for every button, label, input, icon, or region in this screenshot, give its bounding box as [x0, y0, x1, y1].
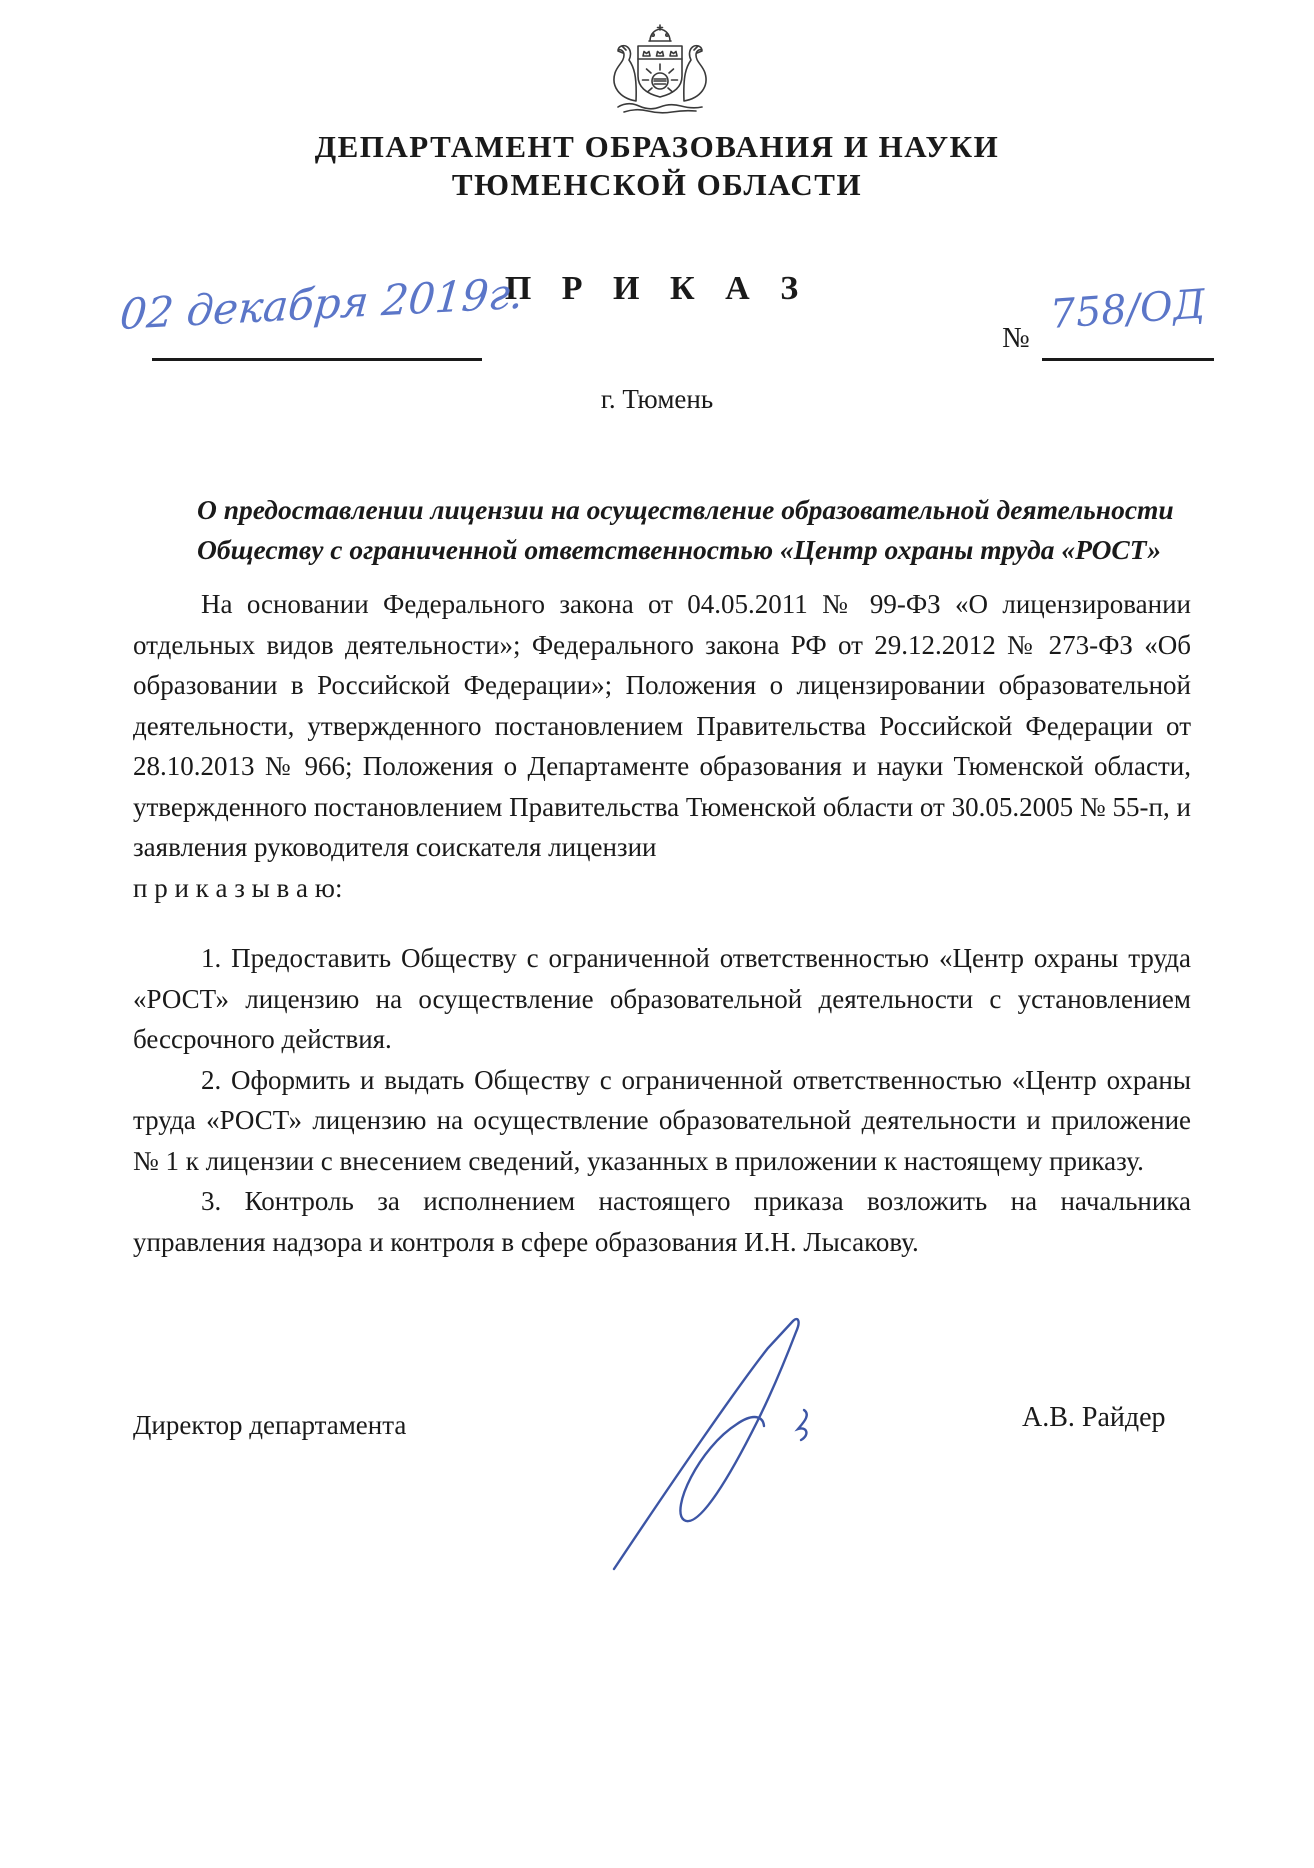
- org-name-line2: ТЮМЕНСКОЙ ОБЛАСТИ: [0, 166, 1314, 204]
- legal-basis-paragraph: На основании Федерального закона от 04.0…: [133, 584, 1191, 868]
- org-name-line1: ДЕПАРТАМЕНТ ОБРАЗОВАНИЯ И НАУКИ: [0, 128, 1314, 166]
- body-text: На основании Федерального закона от 04.0…: [133, 584, 1191, 1262]
- handwritten-number: 758/ОД: [1049, 281, 1207, 338]
- decree-word: п р и к а з ы в а ю:: [133, 868, 1191, 909]
- subject-line2: Обществу с ограниченной ответственностью…: [197, 530, 1177, 570]
- city-line: г. Тюмень: [0, 384, 1314, 415]
- right-supporter: [684, 46, 706, 101]
- subject-line1: О предоставлении лицензии на осуществлен…: [197, 490, 1177, 530]
- document-page: ДЕПАРТАМЕНТ ОБРАЗОВАНИЯ И НАУКИ ТЮМЕНСКО…: [0, 0, 1314, 1868]
- base-mound: [618, 104, 702, 109]
- subject-block: О предоставлении лицензии на осуществлен…: [197, 490, 1177, 570]
- order-item-3: 3. Контроль за исполнением настоящего пр…: [133, 1181, 1191, 1262]
- signature-ink-icon: [556, 1314, 946, 1584]
- signer-name: А.В. Райдер: [1022, 1402, 1166, 1434]
- date-underline: [152, 358, 482, 361]
- org-header: ДЕПАРТАМЕНТ ОБРАЗОВАНИЯ И НАУКИ ТЮМЕНСКО…: [0, 128, 1314, 204]
- signature-flourish: [798, 1410, 807, 1440]
- signature-main-loop: [614, 1319, 799, 1569]
- left-supporter: [614, 46, 636, 101]
- order-item-2: 2. Оформить и выдать Обществу с ограниче…: [133, 1060, 1191, 1182]
- signer-position: Директор департамента: [133, 1410, 406, 1441]
- tyumen-coat-of-arms-icon: [582, 22, 738, 120]
- order-item-1: 1. Предоставить Обществу с ограниченной …: [133, 938, 1191, 1060]
- number-label: №: [1002, 322, 1030, 355]
- order-items: 1. Предоставить Обществу с ограниченной …: [133, 938, 1191, 1262]
- number-underline: [1042, 358, 1214, 361]
